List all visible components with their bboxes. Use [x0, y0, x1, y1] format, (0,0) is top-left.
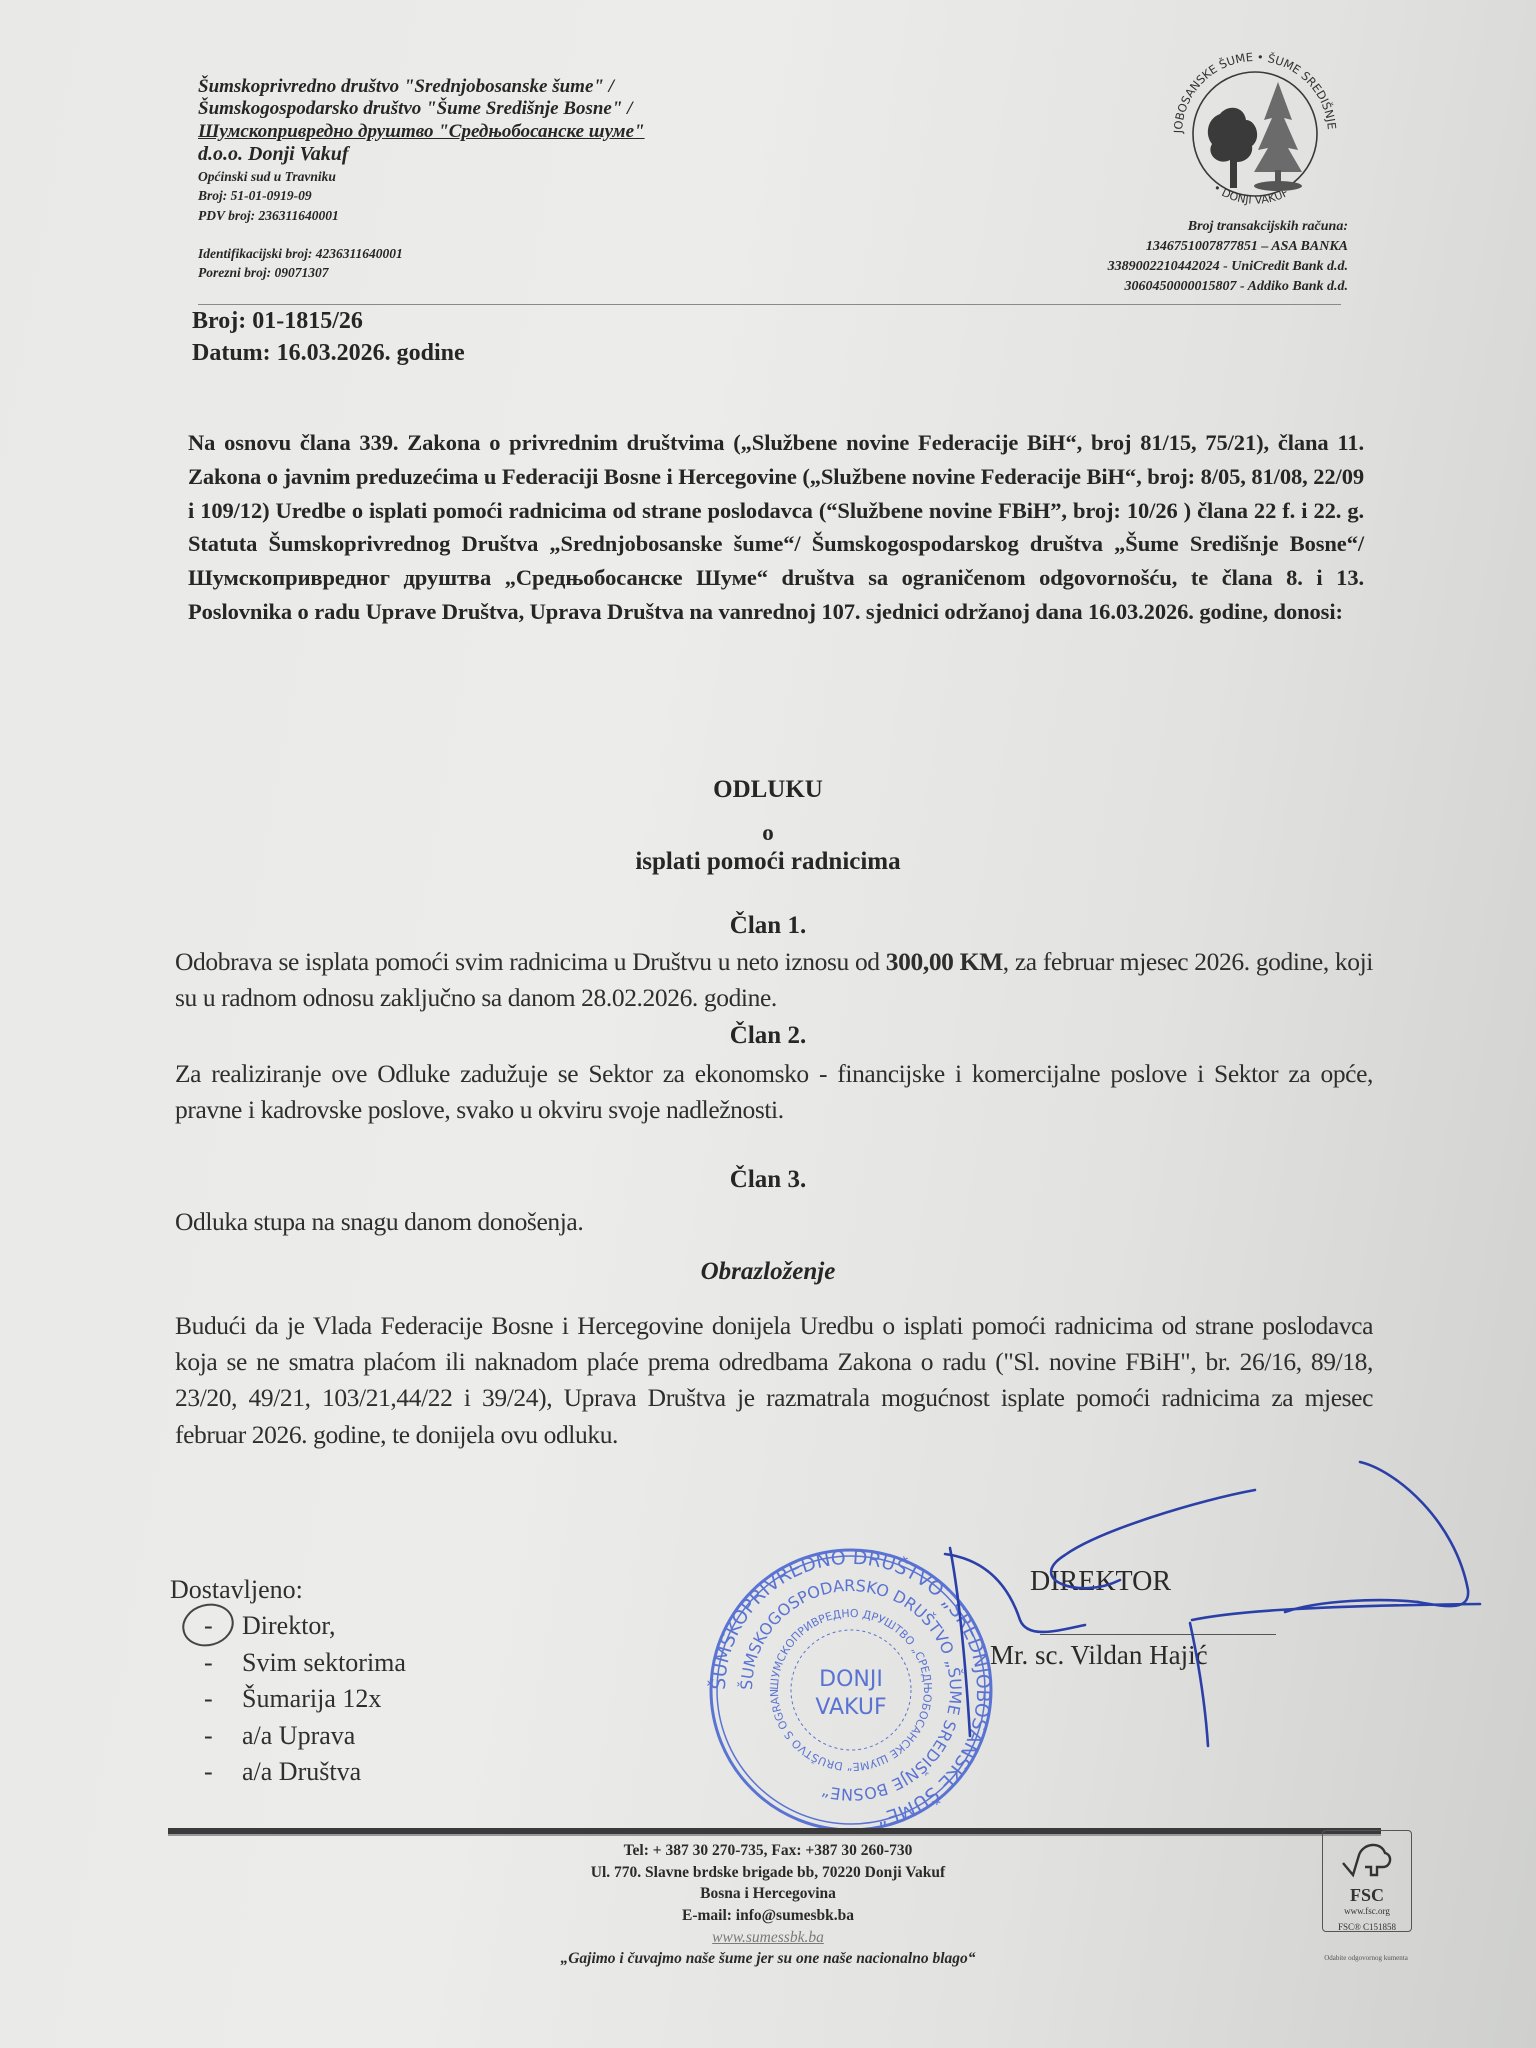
- preamble: Na osnovu člana 339. Zakona o privrednim…: [188, 426, 1364, 629]
- article-2-text: Za realiziranje ove Odluke zadužuje se S…: [175, 1056, 1373, 1128]
- footer-motto: „Gajimo i čuvajmo naše šume jer su one n…: [0, 1948, 1536, 1970]
- aid-amount: 300,00 KM: [886, 947, 1003, 976]
- logo-ring-top: SREDNJOBOSANSKE ŠUME • ŠUME SREDIŠNJE BO…: [1160, 42, 1339, 135]
- trees-logo-icon: SREDNJOBOSANSKE ŠUME • ŠUME SREDIŠNJE BO…: [1160, 42, 1350, 214]
- header-divider: [198, 304, 1341, 305]
- bank-accounts-title: Broj transakcijskih računa:: [1108, 217, 1348, 237]
- document-date: Datum: 16.03.2026. godine: [192, 338, 465, 370]
- handwritten-signature-icon: [945, 1462, 1480, 1746]
- distribution-label: Dostavljeno:: [170, 1572, 406, 1608]
- article-3-heading: Član 3.: [0, 1166, 1536, 1194]
- fsc-caption: Odabite odgovornog kumenta: [1316, 1954, 1416, 1962]
- bank-account: 3060450000015807 - Addiko Bank d.d.: [1108, 277, 1348, 297]
- decision-title: ODLUKU: [0, 776, 1536, 804]
- document-reference: Broj: 01-1815/26 Datum: 16.03.2026. godi…: [192, 306, 465, 369]
- footer: Tel: + 387 30 270-735, Fax: +387 30 260-…: [0, 1840, 1536, 1970]
- footer-address: Ul. 770. Slavne brdske brigade bb, 70220…: [0, 1862, 1536, 1884]
- fsc-label: FSC: [1323, 1885, 1411, 1906]
- decision-title-connector: o: [0, 820, 1536, 846]
- list-item: -a/a Društva: [204, 1754, 406, 1790]
- footer-phone: Tel: + 387 30 270-735, Fax: +387 30 260-…: [0, 1840, 1536, 1862]
- fsc-tree-check-icon: [1337, 1837, 1397, 1883]
- legal-form: d.o.o. Donji Vakuf: [198, 143, 645, 167]
- id-number: Identifikacijski broj: 4236311640001: [198, 244, 645, 264]
- reg-number: Broj: 51-01-0919-09: [198, 186, 645, 206]
- footer-website-link[interactable]: www.sumessbk.ba: [0, 1927, 1536, 1949]
- document-page: Šumskoprivredno društvo "Srednjobosanske…: [0, 0, 1536, 2048]
- svg-text:ŠUMSKOGOSPODARSKO DRUŠTVO „ŠUM: ŠUMSKOGOSPODARSKO DRUŠTVO „ŠUME SREDIŠNJ…: [737, 1576, 965, 1804]
- company-header: Šumskoprivredno društvo "Srednjobosanske…: [198, 76, 645, 283]
- svg-text:SREDNJOBOSANSKE ŠUME • ŠUME SR: SREDNJOBOSANSKE ŠUME • ŠUME SREDIŠNJE BO…: [1160, 42, 1339, 135]
- tax-number: Porezni broj: 09071307: [198, 263, 645, 283]
- svg-text:DONJI: DONJI: [819, 1667, 883, 1692]
- distribution-list: Dostavljeno: -Direktor, -Svim sektorima …: [170, 1572, 406, 1790]
- footer-country: Bosna i Hercegovina: [0, 1883, 1536, 1905]
- fsc-badge: FSC www.fsc.org FSC® C151858: [1322, 1830, 1412, 1932]
- list-item: -Direktor,: [204, 1608, 406, 1644]
- bank-accounts: Broj transakcijskih računa: 134675100787…: [1108, 217, 1348, 297]
- fsc-site: www.fsc.org: [1323, 1906, 1411, 1916]
- article-3-text: Odluka stupa na snagu danom donošenja.: [175, 1204, 1373, 1240]
- svg-text:ŠUMSKOPRIVREDNO DRUŠTVO „SREDN: ŠUMSKOPRIVREDNO DRUŠTVO „SREDNJOBOSANSKE…: [706, 1547, 994, 1830]
- svg-text:VAKUF: VAKUF: [815, 1695, 886, 1720]
- article-1-heading: Član 1.: [0, 912, 1536, 940]
- bank-account: 3389002210442024 - UniCredit Bank d.d.: [1108, 257, 1348, 277]
- footer-divider: [168, 1828, 1381, 1836]
- court: Općinski sud u Travniku: [198, 167, 645, 187]
- rationale-text: Budući da je Vlada Federacije Bosne i He…: [175, 1308, 1373, 1453]
- list-item: -Svim sektorima: [204, 1645, 406, 1681]
- list-item: -a/a Uprava: [204, 1718, 406, 1754]
- signatory-title: DIREKTOR: [1030, 1566, 1171, 1598]
- decision-subject: isplati pomoći radnicima: [0, 848, 1536, 876]
- rationale-heading: Obrazloženje: [0, 1258, 1536, 1286]
- bank-account: 1346751007877851 – ASA BANKA: [1108, 237, 1348, 257]
- article-2-heading: Član 2.: [0, 1022, 1536, 1050]
- vat-number: PDV broj: 236311640001: [198, 206, 645, 226]
- footer-email: E-mail: info@sumesbk.ba: [0, 1905, 1536, 1927]
- document-number: Broj: 01-1815/26: [192, 306, 465, 338]
- company-name-line-3: Шумскопривредно друштво "Средњобосанске …: [198, 121, 645, 143]
- fsc-code: FSC® C151858: [1323, 1922, 1411, 1932]
- article-1-text: Odobrava se isplata pomoći svim radnicim…: [175, 944, 1373, 1016]
- list-item: -Šumarija 12x: [204, 1681, 406, 1717]
- company-name-line-2: Šumskogospodarsko društvo "Šume Središnj…: [198, 98, 645, 120]
- signatory-name: Mr. sc. Vildan Hajić: [990, 1640, 1208, 1671]
- company-name-line-1: Šumskoprivredno društvo "Srednjobosanske…: [198, 76, 645, 98]
- signature-line: [1040, 1634, 1276, 1635]
